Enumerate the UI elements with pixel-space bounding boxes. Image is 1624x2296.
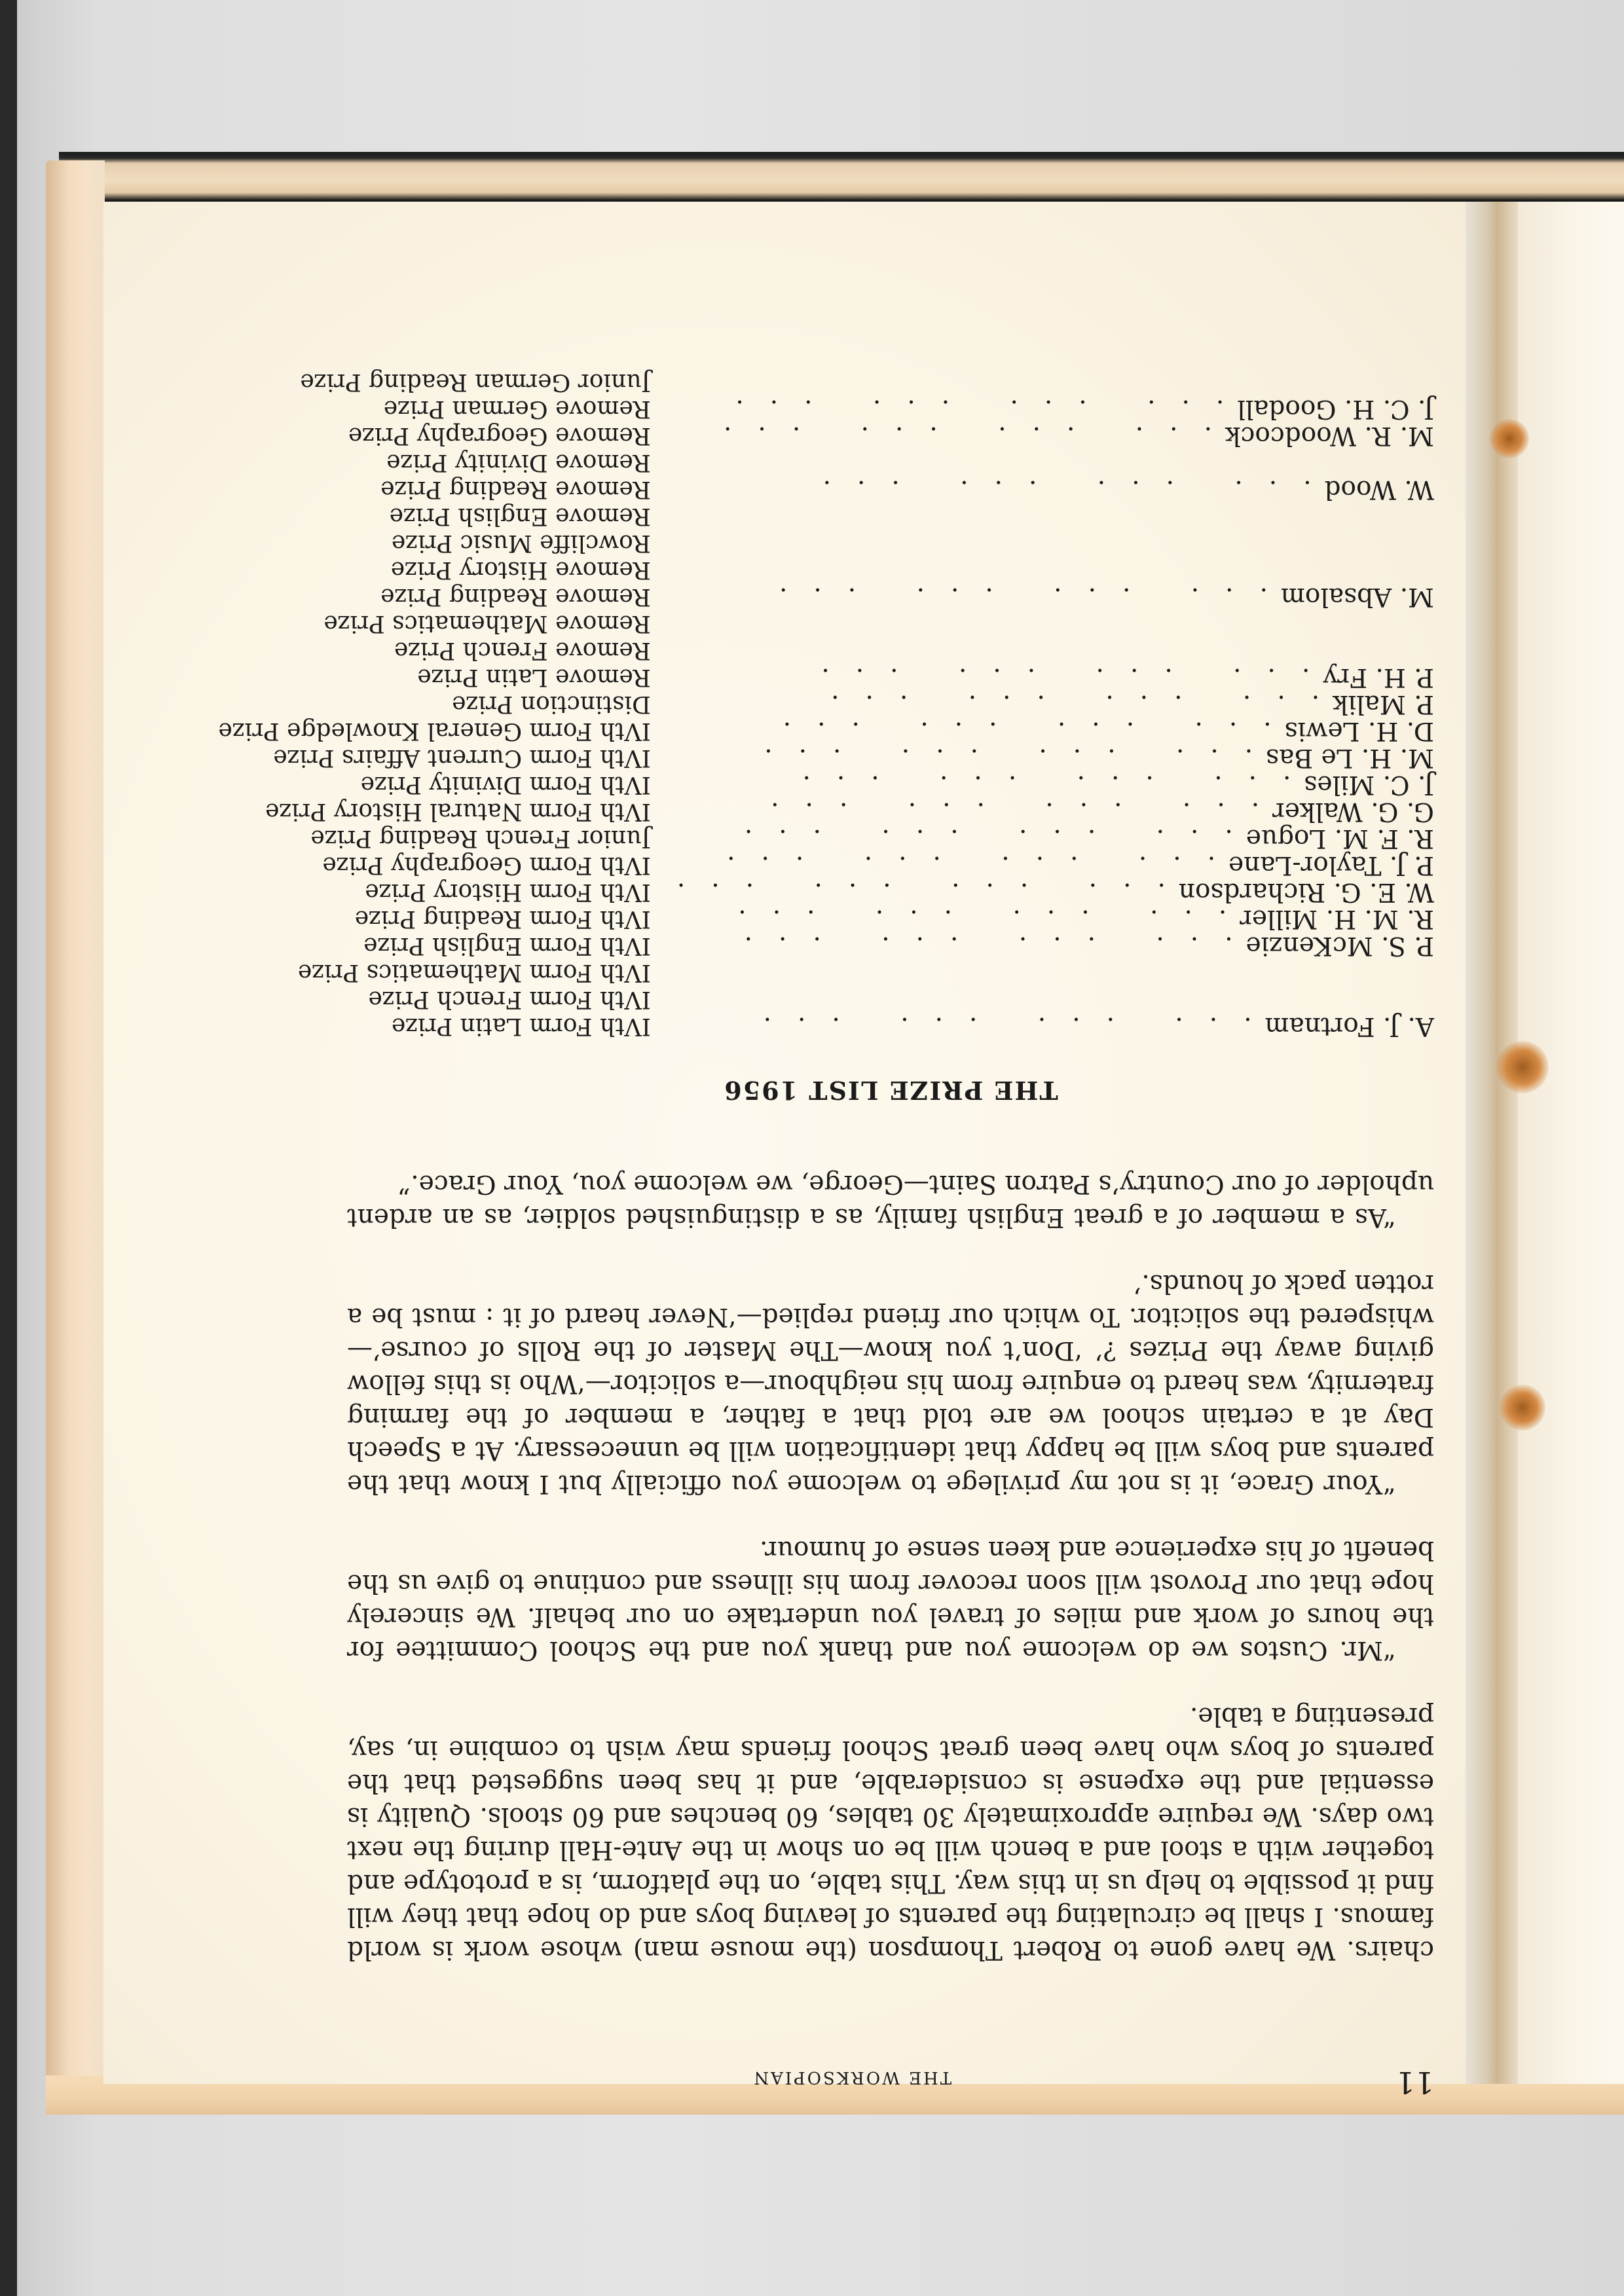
prize-name: IVth Form Latin Prize xyxy=(218,1013,650,1040)
prize-row: Remove History Prize xyxy=(218,556,1434,583)
winner-name: M. H. Le Bas xyxy=(1266,744,1434,771)
prize-row: P. J. Taylor-Lane... ... ... ...IVth For… xyxy=(218,852,1434,879)
scanner-edge xyxy=(0,0,17,2296)
winner-name-cell: W. E. G. Richardson... ... ... ... xyxy=(651,879,1434,905)
prize-name: IVth Form English Prize xyxy=(218,932,650,959)
winner-name: R. F. M. Logue xyxy=(1246,825,1434,852)
prize-row: J. C. H. Goodall... ... ... ...Remove Ge… xyxy=(218,395,1434,422)
journal-title: THE WORKSOPIAN xyxy=(347,2068,1395,2087)
dot-leader: ... ... ... ... xyxy=(776,770,1304,799)
book-cover-edge-left xyxy=(46,160,105,2111)
dot-leader: ... ... ... ... xyxy=(757,716,1285,746)
winner-name: J. C. H. Goodall xyxy=(1237,395,1434,422)
prize-list-table: A. J. Fortnam... ... ... ...IVth Form La… xyxy=(218,369,1434,1040)
winner-name-cell xyxy=(651,610,1434,637)
winner-name-cell: D. H. Lewis... ... ... ... xyxy=(651,718,1434,744)
winner-name: D. H. Lewis xyxy=(1285,718,1434,744)
prize-row: P. H. Fry... ... ... ...Remove Latin Pri… xyxy=(218,664,1434,691)
prize-name: IVth Form Divinity Prize xyxy=(218,771,650,798)
dot-leader: ... ... ... ... xyxy=(737,1011,1265,1041)
page-content-rotated: 11 THE WORKSOPIAN chairs. We have gone t… xyxy=(347,426,1434,2102)
dot-leader: ... ... ... ... xyxy=(795,663,1323,692)
prize-list-title: THE PRIZE LIST 1956 xyxy=(347,1076,1434,1105)
prize-name: Junior French Reading Prize xyxy=(218,825,650,852)
book-cover-edge-top xyxy=(59,152,1624,204)
prize-row: G. G. Walker... ... ... ...IVth Form Nat… xyxy=(218,798,1434,825)
winner-name-cell: J. C. H. Goodall... ... ... ... xyxy=(651,395,1434,422)
winner-name-cell xyxy=(651,556,1434,583)
prize-row: Remove French Prize xyxy=(218,637,1434,664)
winner-name-cell xyxy=(651,503,1434,530)
winner-name: R. M. H. Miller xyxy=(1240,905,1434,932)
winner-name-cell: A. J. Fortnam... ... ... ... xyxy=(651,1013,1434,1040)
prize-name: IVth Form History Prize xyxy=(218,879,650,905)
dot-leader: ... ... ... ... xyxy=(697,421,1225,450)
prize-name: IVth Form Current Affairs Prize xyxy=(218,744,650,771)
winner-name-cell: R. M. H. Miller... ... ... ... xyxy=(651,905,1434,932)
prize-name: IVth Form French Prize xyxy=(218,986,650,1013)
prize-name: Remove Divinity Prize xyxy=(218,449,650,476)
prize-name: Remove Latin Prize xyxy=(218,664,650,691)
prize-row: Remove English Prize xyxy=(218,503,1434,530)
foxing-stain xyxy=(1496,1041,1549,1093)
winner-name: M. Absalom xyxy=(1281,583,1434,610)
prize-name: Remove History Prize xyxy=(218,556,650,583)
dot-leader: ... ... ... ... xyxy=(753,582,1281,611)
winner-name-cell xyxy=(651,530,1434,556)
page-number: 11 xyxy=(1395,2065,1434,2100)
prize-row: IVth Form Mathematics Prize xyxy=(218,959,1434,986)
winner-name-cell: P. S. McKenzie... ... ... ... xyxy=(651,932,1434,959)
prize-row: W. E. G. Richardson... ... ... ...IVth F… xyxy=(218,879,1434,905)
dot-leader: ... ... ... ... xyxy=(701,850,1228,880)
prize-row: R. F. M. Logue... ... ... ...Junior Fren… xyxy=(218,825,1434,852)
paragraph: “As a member of a great English family, … xyxy=(347,1167,1434,1234)
book-gutter xyxy=(1466,202,1518,2084)
dot-leader: ... ... ... ... xyxy=(797,475,1325,504)
winner-name: W. Wood xyxy=(1325,476,1434,503)
prize-name: Remove Geography Prize xyxy=(218,422,650,449)
winner-name-cell xyxy=(651,637,1434,664)
winner-name-cell xyxy=(651,449,1434,476)
winner-name-cell: P. J. Taylor-Lane... ... ... ... xyxy=(651,852,1434,879)
winner-name-cell: M. R. Woodcock... ... ... ... xyxy=(651,422,1434,449)
winner-name-cell: G. G. Walker... ... ... ... xyxy=(651,798,1434,825)
paragraph: “Mr. Custos we do welcome you and thank … xyxy=(347,1533,1434,1667)
winner-name-cell: R. F. M. Logue... ... ... ... xyxy=(651,825,1434,852)
winner-name: P. Malik xyxy=(1333,691,1434,718)
dot-leader: ... ... ... ... xyxy=(745,797,1272,826)
speech-text: chairs. We have gone to Robert Thompson … xyxy=(347,1167,1434,1967)
paragraph: chairs. We have gone to Robert Thompson … xyxy=(347,1700,1434,1967)
dot-leader: ... ... ... ... xyxy=(738,743,1266,773)
winner-name: P. H. Fry xyxy=(1323,664,1434,691)
prize-row: R. M. H. Miller... ... ... ...IVth Form … xyxy=(218,905,1434,932)
dot-leader: ... ... ... ... xyxy=(718,931,1246,960)
prize-name: IVth Form Reading Prize xyxy=(218,905,650,932)
winner-name-cell: W. Wood... ... ... ... xyxy=(651,476,1434,503)
prize-name: Distinction Prize xyxy=(218,691,650,718)
running-head: 11 THE WORKSOPIAN xyxy=(347,2065,1434,2100)
prize-name: Junior German Reading Prize xyxy=(218,369,650,395)
foxing-stain xyxy=(1500,1385,1545,1430)
dot-leader: ... ... ... ... xyxy=(718,824,1246,853)
prize-row: Junior German Reading Prize xyxy=(218,369,1434,395)
winner-name: G. G. Walker xyxy=(1272,798,1434,825)
prize-name: IVth Form Natural History Prize xyxy=(218,798,650,825)
winner-name: P. J. Taylor-Lane xyxy=(1228,852,1434,879)
prize-name: Remove French Prize xyxy=(218,637,650,664)
paragraph: “Your Grace, it is not my privilege to w… xyxy=(347,1267,1434,1501)
foxing-stain xyxy=(1490,419,1529,458)
winner-name: P. S. McKenzie xyxy=(1246,932,1434,959)
prize-name: Remove Reading Prize xyxy=(218,583,650,610)
winner-name-cell: J. C. Miles... ... ... ... xyxy=(651,771,1434,798)
prize-row: Remove Mathematics Prize xyxy=(218,610,1434,637)
winner-name-cell: M. Absalom... ... ... ... xyxy=(651,583,1434,610)
dot-leader: ... ... ... ... xyxy=(651,877,1179,907)
prize-row: IVth Form French Prize xyxy=(218,986,1434,1013)
facing-page xyxy=(1518,202,1624,2084)
dot-leader: ... ... ... ... xyxy=(709,394,1237,424)
prize-row: D. H. Lewis... ... ... ...IVth Form Gene… xyxy=(218,718,1434,744)
prize-row: J. C. Miles... ... ... ...IVth Form Divi… xyxy=(218,771,1434,798)
winner-name-cell: P. H. Fry... ... ... ... xyxy=(651,664,1434,691)
winner-name: W. E. G. Richardson xyxy=(1179,879,1434,905)
prize-row: Rowcliffe Music Prize xyxy=(218,530,1434,556)
prize-row: M. H. Le Bas... ... ... ...IVth Form Cur… xyxy=(218,744,1434,771)
prize-name: Remove English Prize xyxy=(218,503,650,530)
winner-name-cell: P. Malik... ... ... ... xyxy=(651,691,1434,718)
prize-row: W. Wood... ... ... ...Remove Reading Pri… xyxy=(218,476,1434,503)
prize-row: P. Malik... ... ... ...Distinction Prize xyxy=(218,691,1434,718)
prize-name: Remove Reading Prize xyxy=(218,476,650,503)
winner-name-cell xyxy=(651,986,1434,1013)
prize-name: Remove German Prize xyxy=(218,395,650,422)
prize-row: Remove Divinity Prize xyxy=(218,449,1434,476)
winner-name: J. C. Miles xyxy=(1304,771,1434,798)
winner-name-cell: M. H. Le Bas... ... ... ... xyxy=(651,744,1434,771)
prize-row: P. S. McKenzie... ... ... ...IVth Form E… xyxy=(218,932,1434,959)
prize-row: A. J. Fortnam... ... ... ...IVth Form La… xyxy=(218,1013,1434,1040)
winner-name-cell xyxy=(651,959,1434,986)
prize-name: IVth Form Mathematics Prize xyxy=(218,959,650,986)
winner-name-cell xyxy=(651,369,1434,395)
prize-row: M. R. Woodcock... ... ... ...Remove Geog… xyxy=(218,422,1434,449)
prize-row: M. Absalom... ... ... ...Remove Reading … xyxy=(218,583,1434,610)
prize-name: IVth Form Geography Prize xyxy=(218,852,650,879)
winner-name: M. R. Woodcock xyxy=(1225,422,1434,449)
prize-name: Rowcliffe Music Prize xyxy=(218,530,650,556)
prize-name: IVth Form General Knowledge Prize xyxy=(218,718,650,744)
dot-leader: ... ... ... ... xyxy=(712,904,1240,934)
dot-leader: ... ... ... ... xyxy=(805,689,1333,719)
prize-name: Remove Mathematics Prize xyxy=(218,610,650,637)
winner-name: A. J. Fortnam xyxy=(1265,1013,1434,1040)
